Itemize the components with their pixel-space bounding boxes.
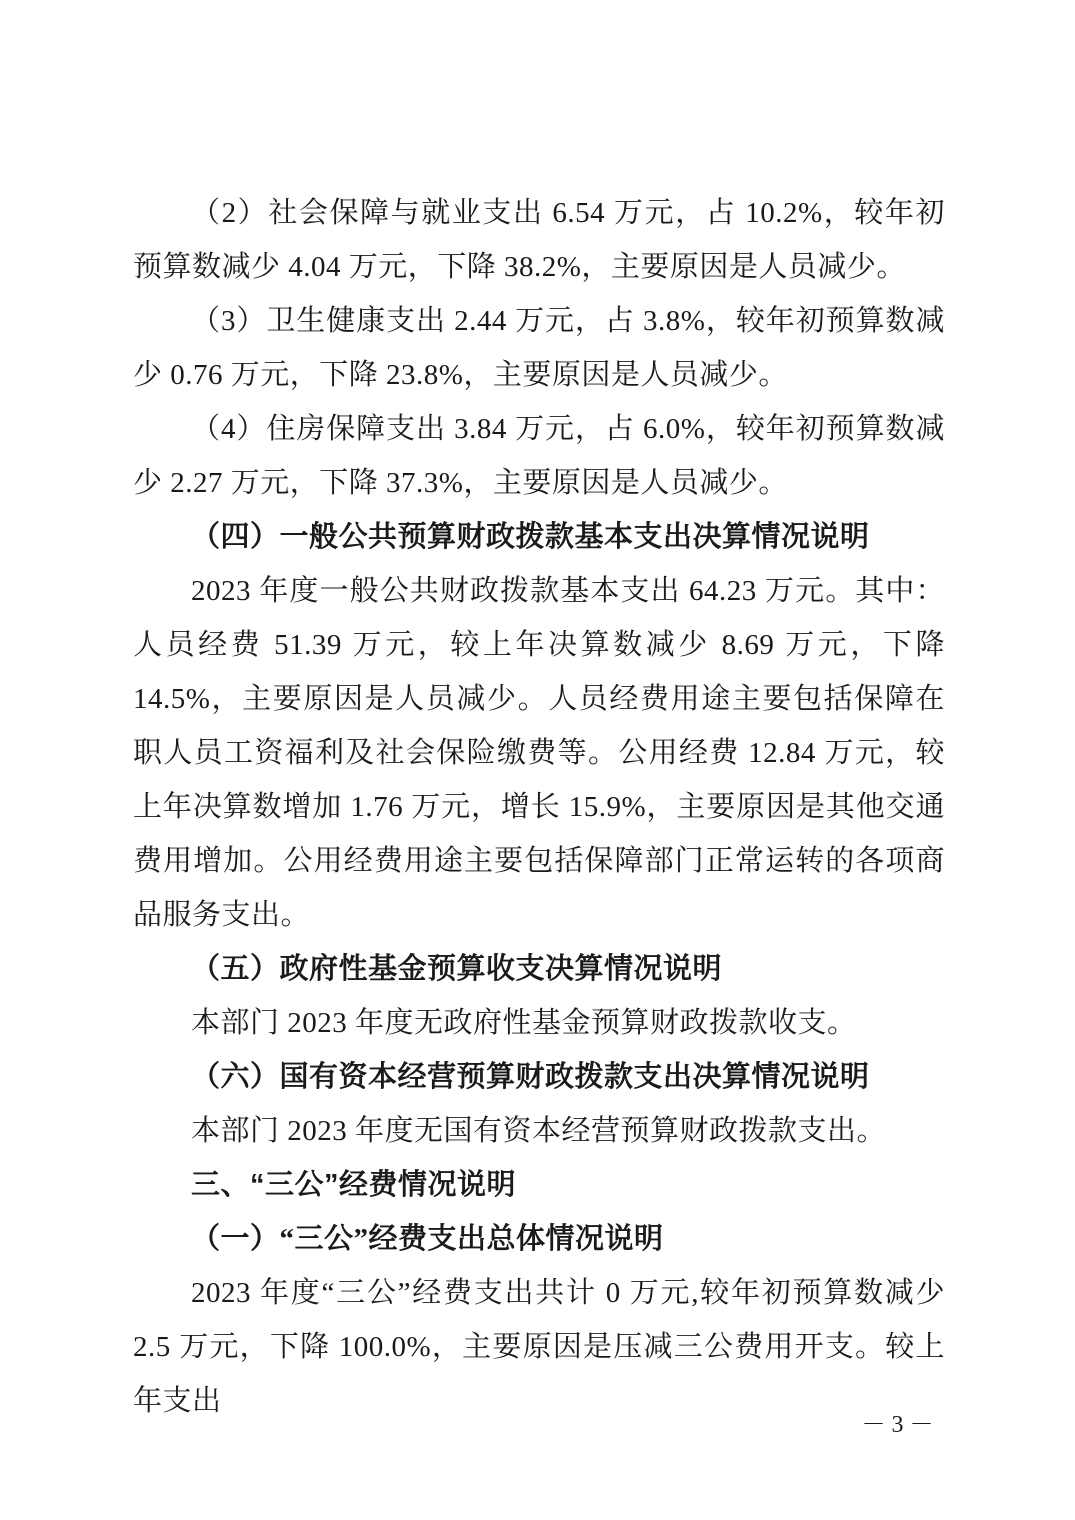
paragraph-health-expenditure: （3）卫生健康支出 2.44 万元，占 3.8%，较年初预算数减少 0.76 万… [133, 294, 945, 402]
paragraph-no-state-capital: 本部门 2023 年度无国有资本经营预算财政拨款支出。 [133, 1104, 945, 1158]
page-number: － 3 － [0, 1408, 1075, 1442]
heading-section-1-three-public-overview: （一）“三公”经费支出总体情况说明 [133, 1212, 945, 1266]
heading-section-4-basic-expenditure: （四）一般公共预算财政拨款基本支出决算情况说明 [133, 510, 945, 564]
heading-chapter-3-three-public-funds: 三、“三公”经费情况说明 [133, 1158, 945, 1212]
paragraph-basic-expenditure-detail: 2023 年度一般公共财政拨款基本支出 64.23 万元。其中：人员经费 51.… [133, 564, 945, 942]
heading-section-5-government-funds: （五）政府性基金预算收支决算情况说明 [133, 942, 945, 996]
paragraph-social-security-employment: （2）社会保障与就业支出 6.54 万元，占 10.2%，较年初预算数减少 4.… [133, 186, 945, 294]
paragraph-housing-security: （4）住房保障支出 3.84 万元，占 6.0%，较年初预算数减少 2.27 万… [133, 402, 945, 510]
paragraph-three-public-total: 2023 年度“三公”经费支出共计 0 万元,较年初预算数减少 2.5 万元，下… [133, 1266, 945, 1428]
document-page: （2）社会保障与就业支出 6.54 万元，占 10.2%，较年初预算数减少 4.… [0, 0, 1075, 1520]
heading-section-6-state-capital: （六）国有资本经营预算财政拨款支出决算情况说明 [133, 1050, 945, 1104]
paragraph-no-government-funds: 本部门 2023 年度无政府性基金预算财政拨款收支。 [133, 996, 945, 1050]
document-body: （2）社会保障与就业支出 6.54 万元，占 10.2%，较年初预算数减少 4.… [133, 186, 945, 1428]
